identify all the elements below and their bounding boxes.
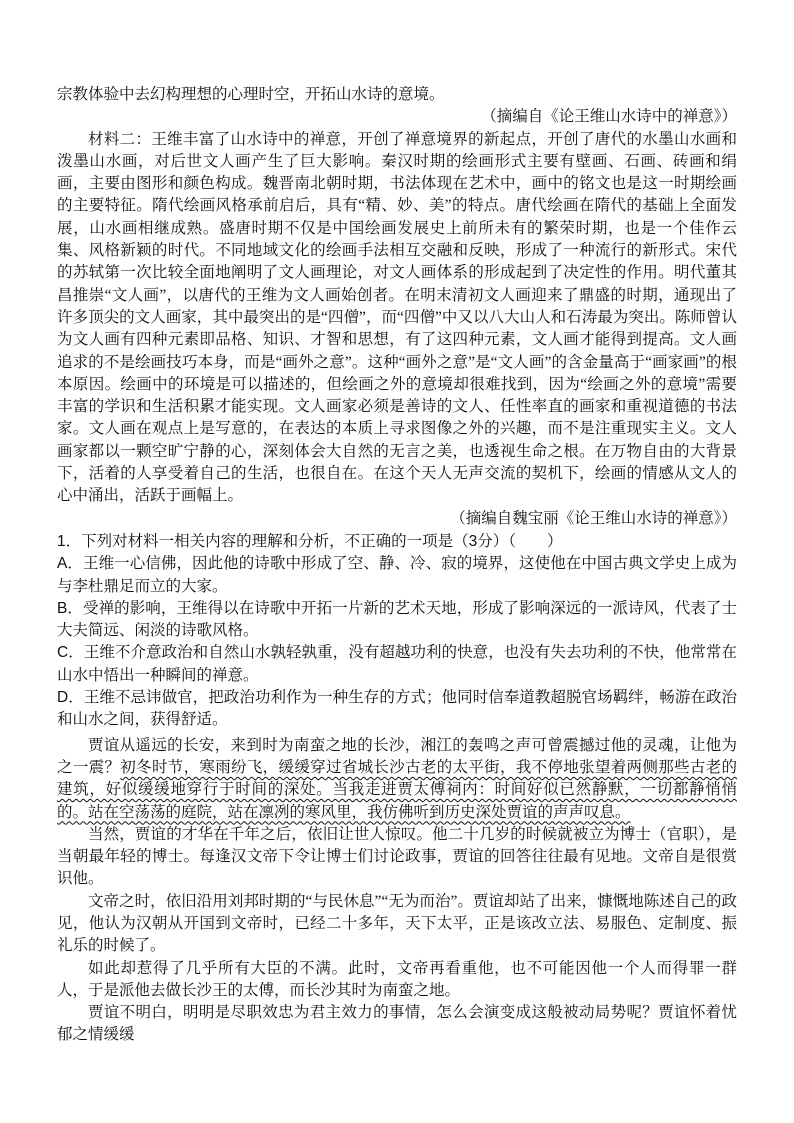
question-1-option-a: A．王维一心信佛，因此他的诗歌中形成了空、静、冷、寂的境界，这使他在中国古典文学… — [57, 553, 737, 598]
essay-paragraph-1: 贾谊从遥远的长安，来到时为南蛮之地的长沙，湘江的轰鸣之声可曾震撼过他的灵魂，让他… — [57, 735, 737, 824]
essay-passage: 贾谊从遥远的长安，来到时为南蛮之地的长沙，湘江的轰鸣之声可曾震撼过他的灵魂，让他… — [57, 735, 737, 1047]
option-c-label: C． — [57, 644, 84, 661]
essay-paragraph-5: 贾谊不明白，明明是尽职效忠为君主效力的事情，怎么会演变成这般被动局势呢？贾谊怀着… — [57, 1002, 737, 1047]
option-b-text: 受禅的影响，王维得以在诗歌中开拓一片新的艺术天地，形成了影响深远的一派诗风，代表… — [57, 600, 737, 639]
option-d-text: 王维不忌讳做官，把政治功利作为一种生存的方式；他同时信奉道教超脱官场羁绊，畅游在… — [57, 689, 737, 728]
option-c-text: 王维不介意政治和自然山水孰轻孰重，没有超越功利的快意，也没有失去功利的不快，他常… — [57, 644, 737, 683]
material-two-citation: （摘编自魏宝丽《论王维山水诗的禅意》） — [57, 508, 737, 530]
document-page: 宗教体验中去幻构理想的心理时空，开拓山水诗的意境。 （摘编自《论王维山水诗中的禅… — [0, 0, 794, 1123]
material-two-paragraph: 材料二：王维丰富了山水诗中的禅意，开创了禅意境界的新起点，开创了唐代的水墨山水画… — [57, 129, 737, 508]
question-1-stem: 1．下列对材料一相关内容的理解和分析，不正确的一项是（3分）（ ） — [57, 531, 737, 553]
option-b-label: B． — [57, 600, 83, 617]
option-a-text: 王维一心信佛，因此他的诗歌中形成了空、静、冷、寂的境界，这使他在中国古典文学史上… — [57, 555, 737, 594]
essay-paragraph-3: 文帝之时，依旧沿用刘邦时期的“与民休息”“无为而治”。贾谊却站了出来，慷慨地陈述… — [57, 891, 737, 958]
question-1-option-c: C．王维不介意政治和自然山水孰轻孰重，没有超越功利的快意，也没有失去功利的不快，… — [57, 642, 737, 687]
material-one-tail-line: 宗教体验中去幻构理想的心理时空，开拓山水诗的意境。 — [57, 84, 737, 106]
question-1-option-b: B．受禅的影响，王维得以在诗歌中开拓一片新的艺术天地，形成了影响深远的一派诗风，… — [57, 598, 737, 643]
option-d-label: D． — [57, 689, 84, 706]
option-a-label: A． — [57, 555, 83, 572]
question-1-option-d: D．王维不忌讳做官，把政治功利作为一种生存的方式；他同时信奉道教超脱官场羁绊，畅… — [57, 687, 737, 732]
essay-paragraph-4: 如此却惹得了几乎所有大臣的不满。此时，文帝再看重他，也不可能因他一个人而得罪一群… — [57, 958, 737, 1003]
essay-p1-wavy-underlined: 初冬时节，寒雨纷飞，缓缓穿过省城长沙古老的太平街，我不停地张望着两侧那些古老的建… — [57, 759, 737, 821]
essay-paragraph-2: 当然，贾谊的才华在千年之后，依旧让世人惊叹。他二十几岁的时候就被立为博士（官职）… — [57, 824, 737, 891]
material-one-citation: （摘编自《论王维山水诗中的禅意》） — [57, 106, 737, 128]
question-1: 1．下列对材料一相关内容的理解和分析，不正确的一项是（3分）（ ） A．王维一心… — [57, 531, 737, 732]
